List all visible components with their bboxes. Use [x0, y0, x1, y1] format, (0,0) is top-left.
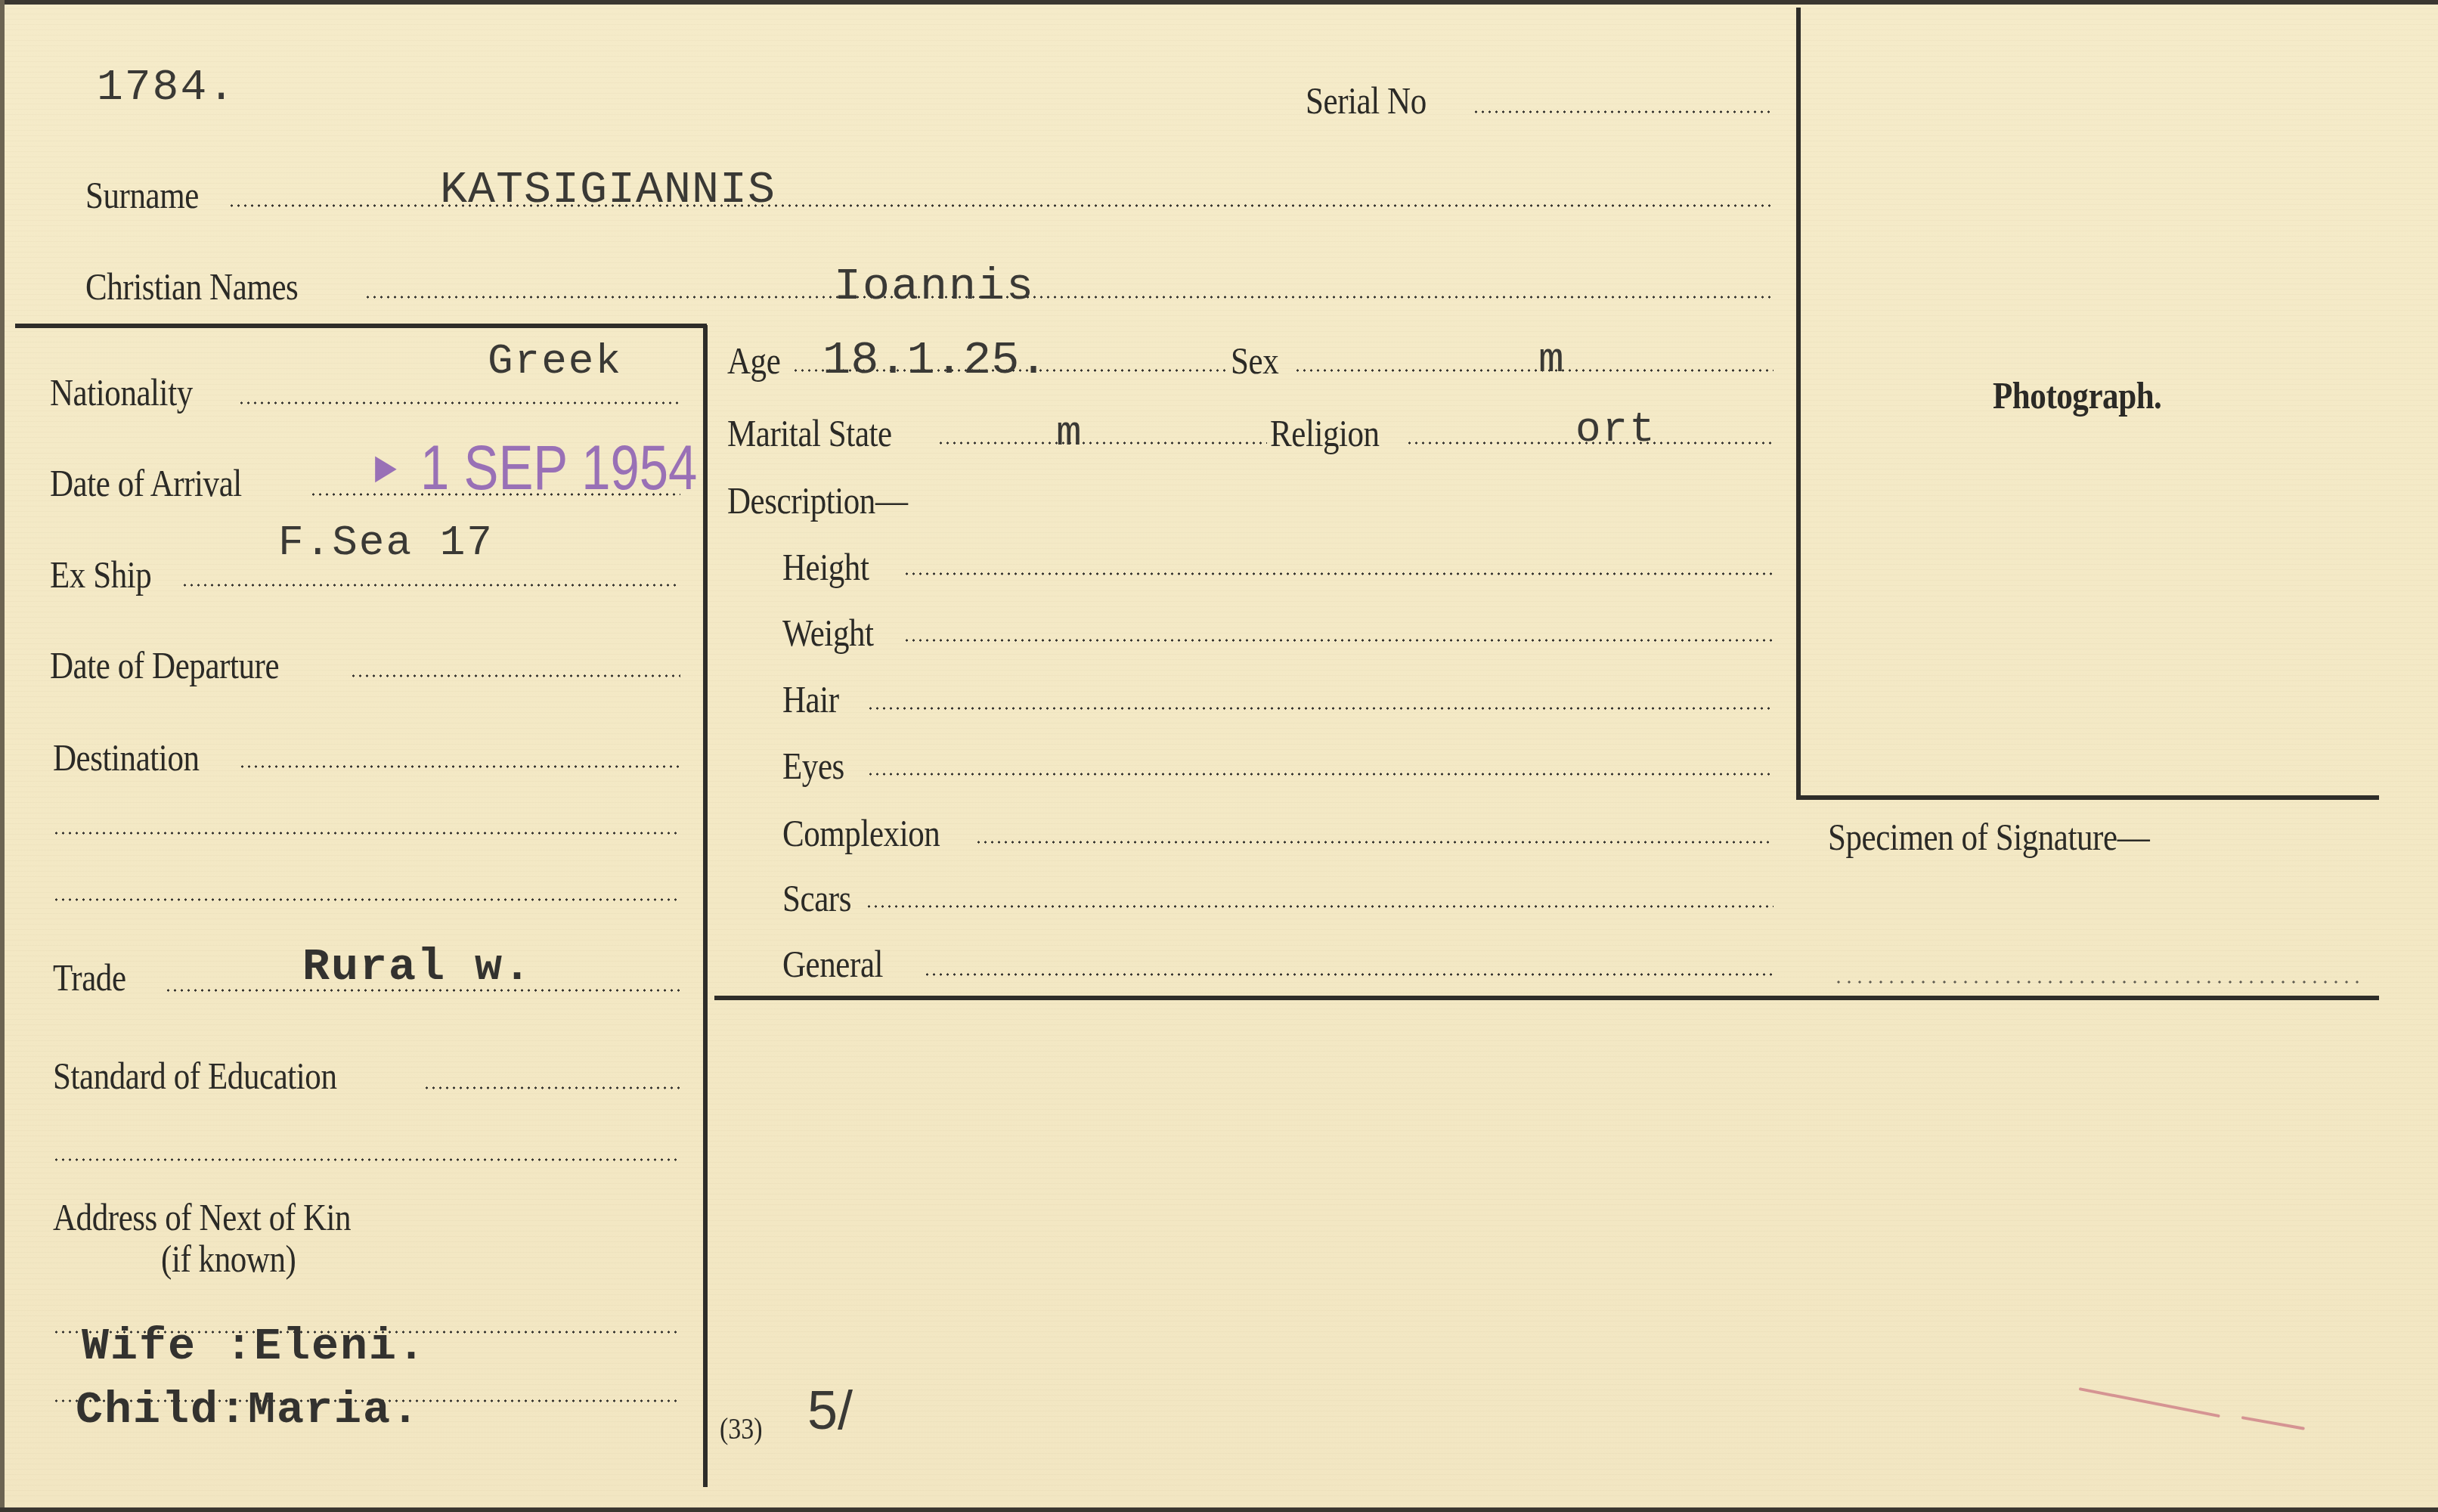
date-of-arrival-label: Date of Arrival [50, 464, 242, 502]
complexion-label: Complexion [782, 814, 940, 852]
complexion-dots [975, 841, 1774, 844]
destination-label: Destination [53, 739, 200, 776]
destination-line-3 [53, 898, 680, 901]
nationality-dots [238, 401, 680, 404]
religion-label: Religion [1270, 414, 1380, 452]
sex-label: Sex [1231, 342, 1278, 380]
date-of-departure-label: Date of Departure [50, 646, 279, 684]
card-top-edge [0, 0, 2438, 5]
weight-label: Weight [782, 614, 874, 652]
sex-dots [1294, 369, 1774, 372]
christian-names-value: Ioannis [834, 265, 1035, 310]
height-label: Height [782, 548, 869, 586]
photograph-label: Photograph. [1993, 376, 2161, 414]
serial-no-label: Serial No [1306, 82, 1427, 119]
card-bottom-edge [0, 1507, 2438, 1512]
age-label: Age [727, 342, 780, 380]
next-of-kin-sublabel: (if known) [161, 1240, 296, 1278]
surname-value: KATSIGIANNIS [440, 168, 776, 213]
surname-label: Surname [85, 176, 199, 214]
education-line-2 [53, 1158, 680, 1161]
eyes-dots [867, 773, 1774, 776]
date-of-arrival-stamp: 1 SEP 1954 [420, 435, 697, 499]
ex-ship-value: F.Sea 17 [278, 522, 494, 564]
scars-label: Scars [782, 879, 851, 917]
photo-box-divider [1796, 8, 1801, 800]
eyes-label: Eyes [782, 747, 844, 785]
red-pencil-mark-2 [2241, 1416, 2305, 1430]
marital-state-value: m [1056, 412, 1083, 454]
hair-label: Hair [782, 680, 839, 718]
christian-names-dots [364, 296, 1774, 299]
sex-value: m [1538, 339, 1566, 381]
card-number: 1784. [97, 67, 236, 110]
card-left-edge [0, 0, 5, 1512]
next-of-kin-label: Address of Next of Kin [53, 1198, 351, 1236]
signature-label: Specimen of Signature— [1828, 818, 2149, 856]
next-of-kin-wife: Wife :Eleni. [82, 1325, 426, 1370]
destination-line-2 [53, 832, 680, 835]
ex-ship-dots [181, 584, 680, 587]
weight-dots [903, 639, 1774, 642]
marital-state-label: Marital State [727, 414, 892, 452]
next-of-kin-child: Child:Maria. [76, 1388, 420, 1433]
left-panel-divider [703, 325, 708, 1487]
marital-state-dots [937, 442, 1267, 445]
left-panel-top-rule [15, 324, 707, 328]
registration-card: 1784. Serial No Surname KATSIGIANNIS Chr… [0, 0, 2438, 1512]
footer-code: (33) [720, 1414, 763, 1444]
trade-label: Trade [53, 959, 126, 996]
education-dots [423, 1086, 680, 1089]
description-bottom-rule [714, 996, 2379, 1000]
serial-no-dots [1473, 110, 1774, 113]
footer-handwritten-note: 5/ [807, 1383, 853, 1438]
hair-dots [867, 707, 1774, 710]
nationality-value: Greek [488, 340, 622, 383]
destination-dots [239, 765, 680, 768]
ex-ship-label: Ex Ship [50, 556, 151, 593]
description-label: Description— [727, 482, 907, 519]
trade-dots [165, 989, 680, 992]
scars-dots [866, 905, 1774, 908]
height-dots [903, 572, 1774, 575]
age-value: 18.1.25. [822, 337, 1048, 384]
education-label: Standard of Education [53, 1057, 336, 1095]
religion-value: ort [1575, 408, 1656, 451]
arrival-stamp-mark: ▸ [375, 438, 397, 491]
red-pencil-mark [2079, 1387, 2220, 1417]
date-of-departure-dots [350, 674, 680, 677]
general-dots [924, 973, 1774, 976]
general-label: General [782, 945, 883, 983]
christian-names-label: Christian Names [85, 268, 298, 305]
trade-value: Rural w. [302, 945, 532, 990]
nationality-label: Nationality [50, 373, 193, 411]
photo-box-bottom-rule [1799, 795, 2379, 800]
signature-dots [1833, 981, 2362, 984]
